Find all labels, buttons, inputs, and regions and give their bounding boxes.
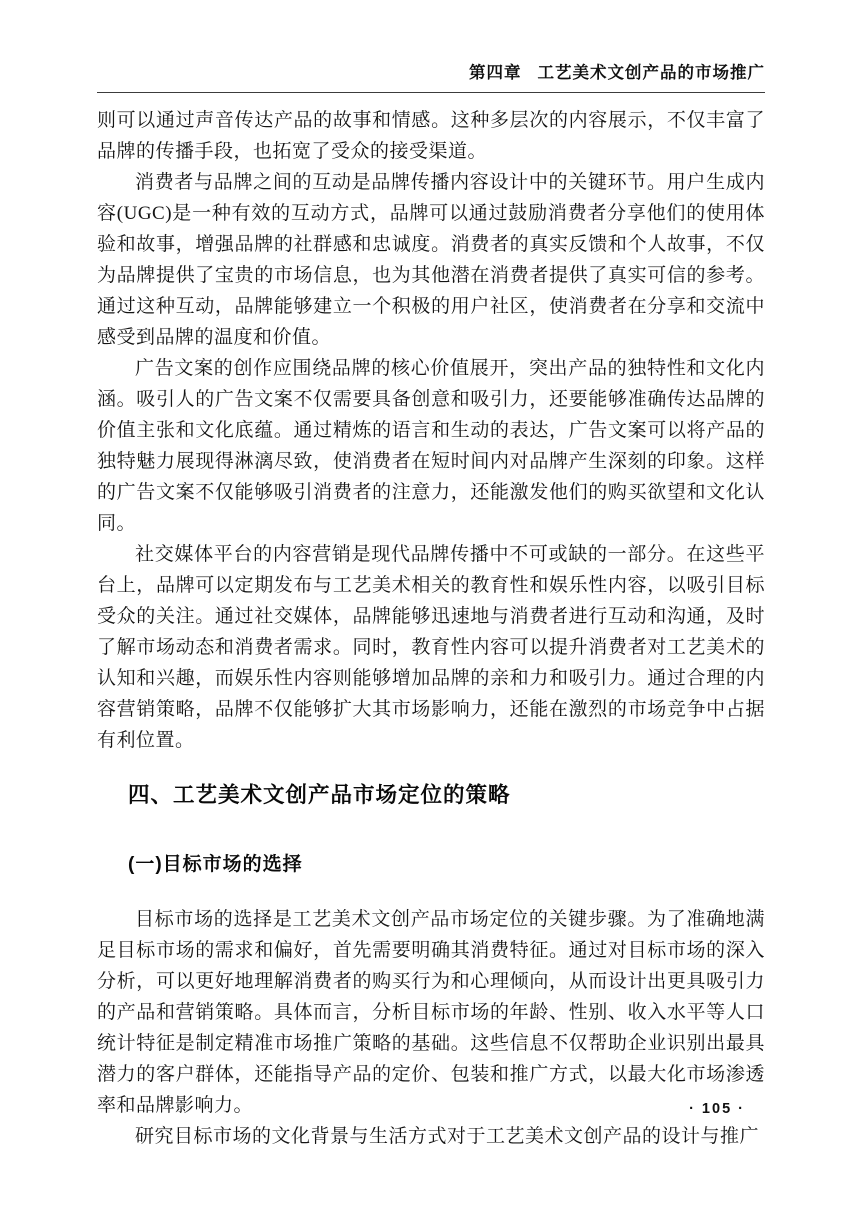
paragraph: 消费者与品牌之间的互动是品牌传播内容设计中的关键环节。用户生成内容(UGC)是一…: [97, 167, 765, 353]
paragraph: 社交媒体平台的内容营销是现代品牌传播中不可或缺的一部分。在这些平台上，品牌可以定…: [97, 539, 765, 756]
chapter-label: 第四章: [469, 64, 522, 82]
section-heading: 四、工艺美术文创产品市场定位的策略: [128, 782, 765, 808]
subsection-heading: (一)目标市场的选择: [128, 854, 765, 876]
paragraph: 目标市场的选择是工艺美术文创产品市场定位的关键步骤。为了准确地满足目标市场的需求…: [97, 904, 765, 1121]
paragraph: 则可以通过声音传达产品的故事和情感。这种多层次的内容展示，不仅丰富了品牌的传播手…: [97, 105, 765, 167]
document-page: 第四章工艺美术文创产品的市场推广 则可以通过声音传达产品的故事和情感。这种多层次…: [0, 0, 860, 1208]
running-header: 第四章工艺美术文创产品的市场推广: [97, 62, 765, 93]
page-body: 则可以通过声音传达产品的故事和情感。这种多层次的内容展示，不仅丰富了品牌的传播手…: [97, 105, 765, 1152]
page-number: · 105 ·: [689, 1101, 745, 1117]
chapter-title: 工艺美术文创产品的市场推广: [538, 64, 766, 82]
paragraph: 广告文案的创作应围绕品牌的核心价值展开，突出产品的独特性和文化内涵。吸引人的广告…: [97, 353, 765, 539]
paragraph: 研究目标市场的文化背景与生活方式对于工艺美术文创产品的设计与推广: [97, 1121, 765, 1152]
